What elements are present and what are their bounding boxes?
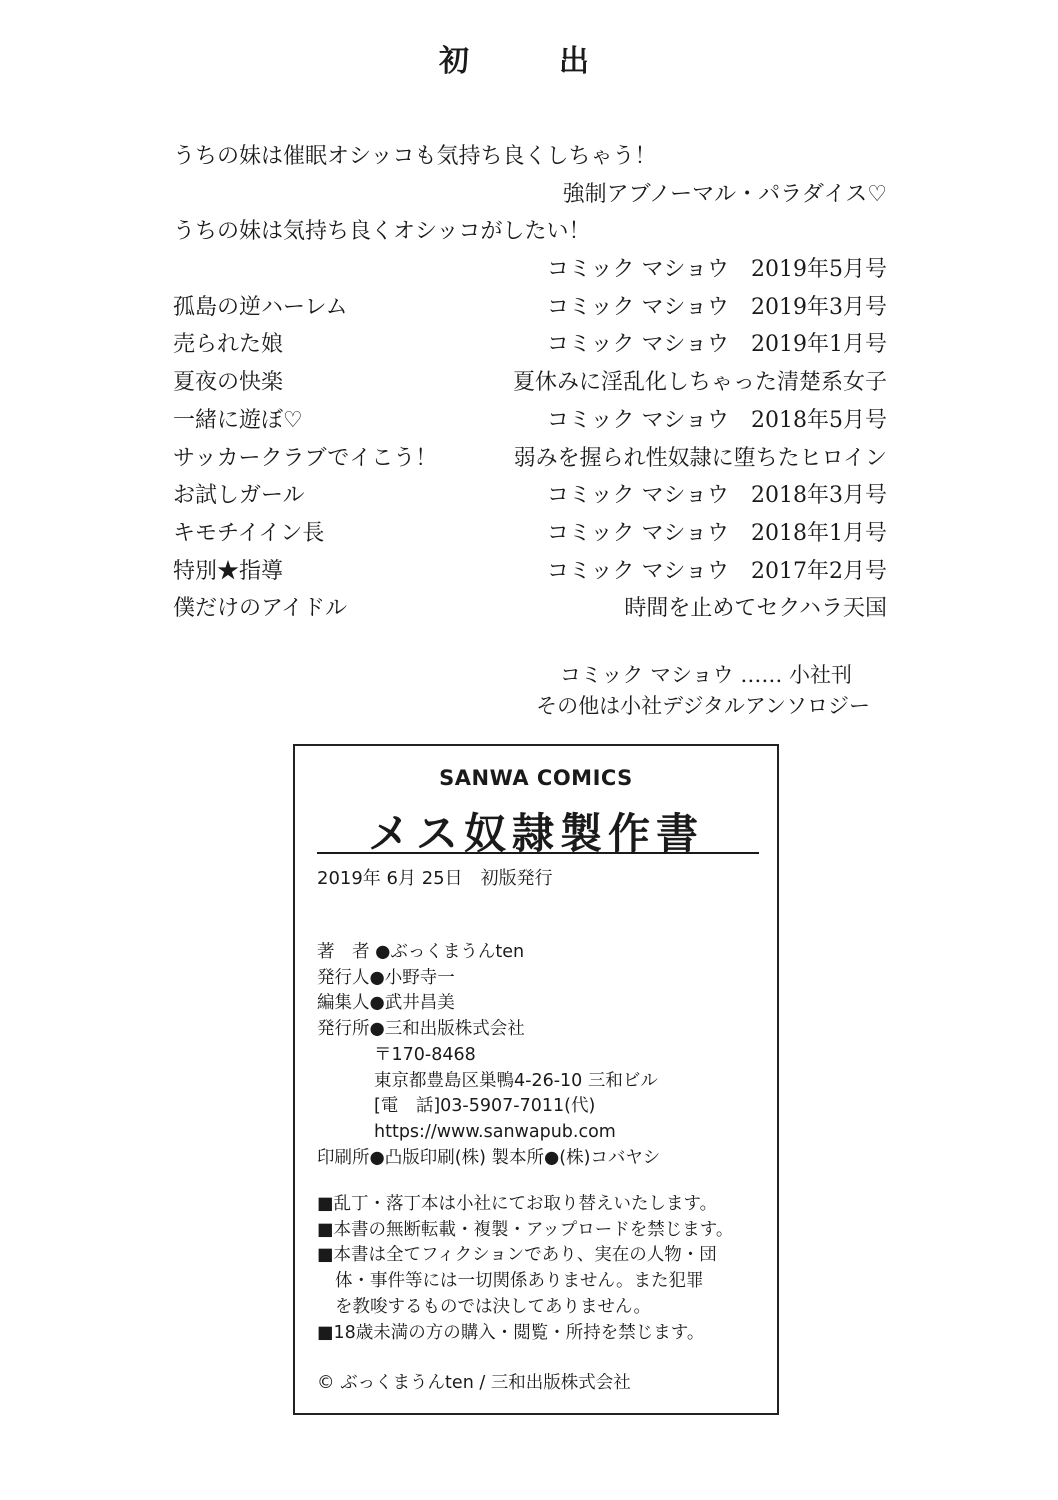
work-title: 夏夜の快楽: [173, 364, 283, 402]
publisher-line: 発行所●三和出版株式会社: [317, 1017, 660, 1043]
work-title: 孤島の逆ハーレム: [173, 289, 348, 327]
work-source: コミック マショウ 2017年2月号: [547, 553, 887, 591]
website-url: https://www.sanwapub.com: [317, 1120, 660, 1146]
work-source: コミック マショウ 2018年1月号: [547, 515, 887, 553]
work-title: 売られた娘: [173, 326, 283, 364]
work-row: キモチイイン長コミック マショウ 2018年1月号: [173, 515, 887, 553]
work-row: コミック マショウ 2019年5月号: [173, 251, 887, 289]
printer-line: 印刷所●凸版印刷(株) 製本所●(株)コバヤシ: [317, 1146, 660, 1172]
work-title: うちの妹は催眠オシッコも気持ち良くしちゃう！: [173, 138, 657, 176]
work-row: 僕だけのアイドル時間を止めてセクハラ天国: [173, 590, 887, 628]
work-title: サッカークラブでイこう！: [173, 440, 437, 478]
publisher-person-line: 発行人●小野寺一: [317, 966, 660, 992]
phone: [電 話]03-5907-7011(代): [317, 1094, 660, 1120]
work-row: 夏夜の快楽夏休みに淫乱化しちゃった清楚系女子: [173, 364, 887, 402]
work-row: うちの妹は催眠オシッコも気持ち良くしちゃう！: [173, 138, 887, 176]
copyright: © ぶっくまうんten / 三和出版株式会社: [317, 1369, 631, 1394]
work-title: キモチイイン長: [173, 515, 324, 553]
publication-date: 2019年 6月 25日 初版発行: [317, 864, 553, 890]
work-source: 弱みを握られ性奴隷に堕ちたヒロイン: [514, 440, 887, 478]
imprint-brand: SANWA COMICS: [295, 766, 777, 790]
work-row: 強制アブノーマル・パラダイス♡: [173, 176, 887, 214]
page-title: 初 出: [0, 36, 1058, 80]
legal-line: ■本書の無断転載・複製・アップロードを禁じます。: [317, 1218, 733, 1244]
work-row: 特別★指導コミック マショウ 2017年2月号: [173, 553, 887, 591]
work-row: サッカークラブでイこう！弱みを握られ性奴隷に堕ちたヒロイン: [173, 440, 887, 478]
legal-line: を教唆するものでは決してありません。: [317, 1295, 733, 1321]
legal-line: 体・事件等には一切関係ありません。また犯罪: [317, 1269, 733, 1295]
work-source: 時間を止めてセクハラ天国: [624, 590, 887, 628]
work-source: コミック マショウ 2019年1月号: [547, 326, 887, 364]
credits: 著 者 ●ぶっくまうんten 発行人●小野寺一 編集人●武井昌美 発行所●三和出…: [317, 940, 660, 1171]
work-row: 売られた娘コミック マショウ 2019年1月号: [173, 326, 887, 364]
work-row: お試しガールコミック マショウ 2018年3月号: [173, 477, 887, 515]
address: 東京都豊島区巣鴨4-26-10 三和ビル: [317, 1069, 660, 1095]
work-row: 一緒に遊ぼ♡コミック マショウ 2018年5月号: [173, 402, 887, 440]
work-source: 強制アブノーマル・パラダイス♡: [563, 176, 887, 214]
note-line: コミック マショウ …… 小社刊: [430, 660, 870, 691]
note-line: その他は小社デジタルアンソロジー: [430, 691, 870, 722]
work-source: コミック マショウ 2019年5月号: [547, 251, 887, 289]
legal-line: ■18歳未満の方の購入・閲覧・所持を禁じます。: [317, 1321, 733, 1347]
work-title: 一緒に遊ぼ♡: [173, 402, 303, 440]
work-title: 僕だけのアイドル: [173, 590, 347, 628]
legal-notices: ■乱丁・落丁本は小社にてお取り替えいたします。 ■本書の無断転載・複製・アップロ…: [317, 1192, 733, 1346]
work-source: 夏休みに淫乱化しちゃった清楚系女子: [513, 364, 887, 402]
work-source: コミック マショウ 2018年5月号: [547, 402, 887, 440]
work-source: コミック マショウ 2018年3月号: [547, 477, 887, 515]
work-title: 特別★指導: [173, 553, 283, 591]
editor-line: 編集人●武井昌美: [317, 991, 660, 1017]
work-row: うちの妹は気持ち良くオシッコがしたい！: [173, 213, 887, 251]
postal-code: 〒170-8468: [317, 1043, 660, 1069]
title-divider: [317, 852, 759, 854]
work-title: お試しガール: [173, 477, 305, 515]
colophon-box: SANWA COMICS メス奴隷製作書 2019年 6月 25日 初版発行 著…: [293, 744, 779, 1415]
legal-line: ■乱丁・落丁本は小社にてお取り替えいたします。: [317, 1192, 733, 1218]
work-source: コミック マショウ 2019年3月号: [547, 289, 887, 327]
first-appearance-list: うちの妹は催眠オシッコも気持ち良くしちゃう！ 強制アブノーマル・パラダイス♡ う…: [173, 138, 887, 628]
legal-line: ■本書は全てフィクションであり、実在の人物・団: [317, 1243, 733, 1269]
work-title: うちの妹は気持ち良くオシッコがしたい！: [173, 213, 591, 251]
work-row: 孤島の逆ハーレムコミック マショウ 2019年3月号: [173, 289, 887, 327]
publication-notes: コミック マショウ …… 小社刊 その他は小社デジタルアンソロジー: [430, 660, 870, 722]
author-line: 著 者 ●ぶっくまうんten: [317, 940, 660, 966]
